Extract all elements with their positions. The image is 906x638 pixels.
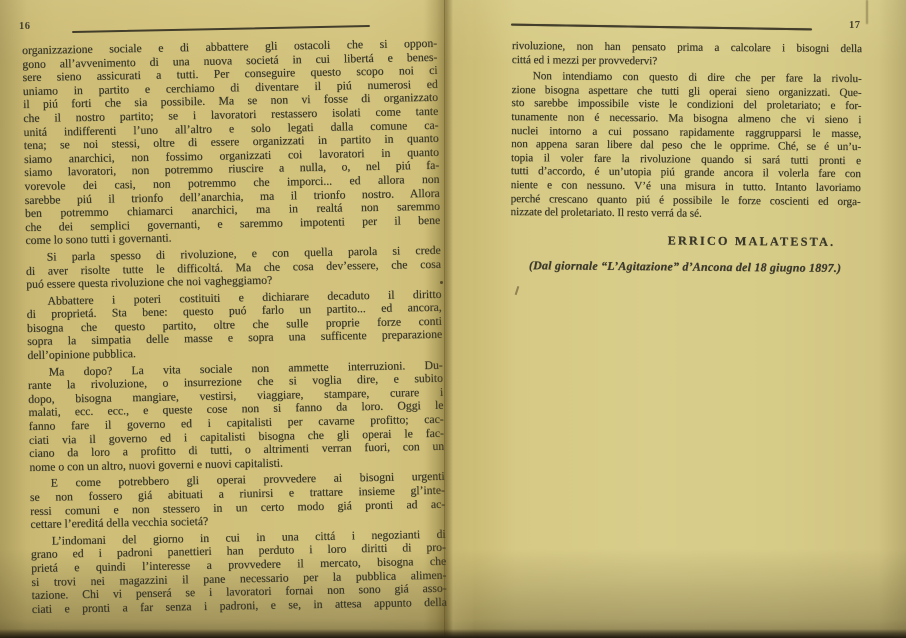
book-fold-line <box>444 0 445 638</box>
header-rule-left <box>72 25 370 33</box>
page-number-right: 17 <box>849 20 861 31</box>
paper-scratch <box>515 286 519 295</box>
header-rule-right <box>511 24 812 31</box>
author-signature: ERRICO MALATESTA. <box>510 232 860 250</box>
paragraph: Ma dopo? La vita sociale non ammette int… <box>28 358 445 474</box>
left-page-text: organizzazione sociale e di abbattere gl… <box>22 37 447 616</box>
paragraph: E come potrebbero gli operai provvedere … <box>30 470 446 532</box>
photo-bottom-edge <box>0 629 906 638</box>
paragraph: L’indomani del giorno in cui in una citt… <box>31 527 447 616</box>
paragraph: Non intendiamo con questo di dire che pe… <box>510 70 861 223</box>
paragraph: rivoluzione, non han pensato prima a cal… <box>512 40 862 70</box>
paragraph: organizzazione sociale e di abbattere gl… <box>22 37 440 248</box>
book-gutter-shadow <box>423 0 475 638</box>
paper-crease <box>866 0 868 24</box>
book-scan-photo: 16 organizzazione sociale e di abbattere… <box>0 0 906 638</box>
right-page-content: rivoluzione, non han pensato prima a cal… <box>510 40 862 276</box>
paragraph: Abbattere i poteri costituiti e dichiara… <box>26 287 442 362</box>
paragraph: Si parla spesso di rivoluzione, e con qu… <box>26 244 442 292</box>
paper-speck <box>440 281 443 284</box>
page-number-left: 16 <box>19 21 31 32</box>
right-page-text: rivoluzione, non han pensato prima a cal… <box>510 40 862 223</box>
source-citation: (Dal giornale “L’Agitazione” d’Ancona de… <box>510 258 860 276</box>
